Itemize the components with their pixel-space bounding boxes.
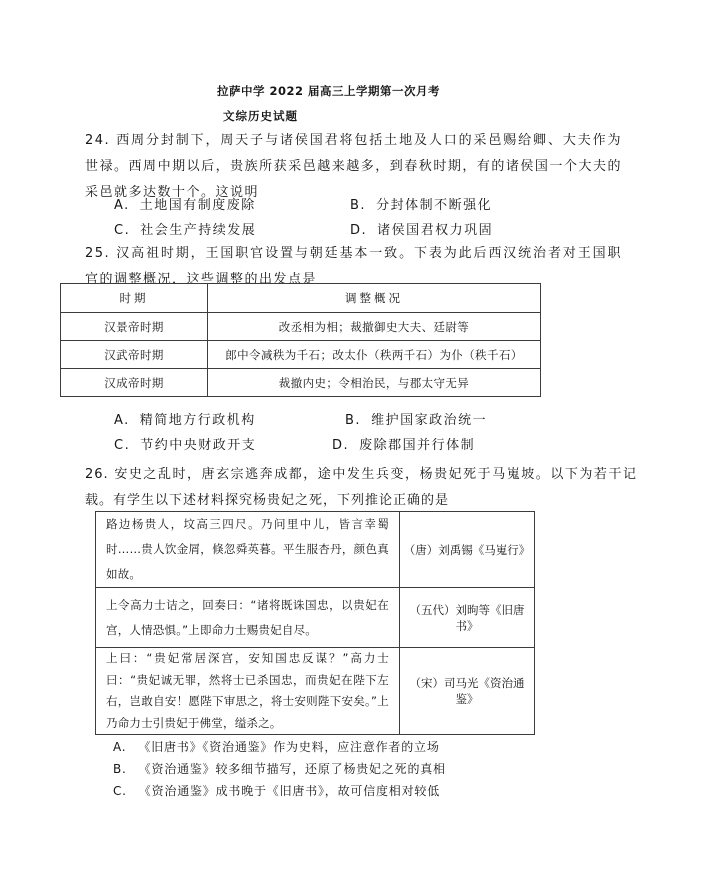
option-text: 精简地方行政机构: [140, 413, 256, 428]
question-25-option-b: B.维护国家政治统一: [345, 413, 487, 429]
yang-guifei-death-sources-table: 路边杨贵人，坟高三四尺。乃问里中儿，皆言幸蜀时……贵人饮金屑，倏忽舜英暮。平生服…: [95, 511, 535, 735]
question-25-option-d: D.废除郡国并行体制: [332, 438, 475, 454]
source-citation-cell: （唐）刘禹锡《马嵬行》: [400, 512, 535, 588]
question-26-option-b: B.《资治通鉴》较多细节描写，还原了杨贵妃之死的真相: [113, 761, 446, 777]
option-label: A.: [114, 413, 130, 428]
exam-document-page: 拉萨中学 2022 届高三上学期第一次月考 文综历史试题 24. 西周分封制下，…: [0, 0, 701, 877]
question-26-option-a: A.《旧唐书》《资治通鉴》作为史料，应注意作者的立场: [113, 739, 440, 755]
option-label: A.: [114, 198, 130, 213]
option-text: 社会生产持续发展: [140, 223, 256, 238]
adjustment-cell: 裁撤内史；令相治民，与郡太守无异: [208, 369, 541, 397]
option-label: C.: [113, 784, 127, 798]
option-label: B.: [345, 413, 361, 428]
question-25-option-c: C.节约中央财政开支: [114, 438, 256, 454]
question-24-option-a: A.土地国有制度废除: [114, 198, 256, 214]
question-26-option-c: C.《资治通鉴》成书晚于《旧唐书》，故可信度相对较低: [113, 783, 440, 799]
adjustment-cell: 郎中令减秩为千石；改太仆（秩两千石）为仆（秩千石）: [208, 341, 541, 369]
source-citation-cell: （五代）刘昫等《旧唐书》: [400, 588, 535, 648]
option-text: 分封体制不断强化: [376, 198, 492, 213]
exam-title: 拉萨中学 2022 届高三上学期第一次月考: [217, 83, 440, 99]
option-label: B.: [113, 762, 127, 776]
option-text: 诸侯国君权力巩固: [377, 223, 493, 238]
question-24-stem: 24. 西周分封制下，周天子与诸侯国君将包括土地及人口的采邑赐给卿、大夫作为世禄…: [85, 128, 622, 206]
source-excerpt-cell: 路边杨贵人，坟高三四尺。乃问里中儿，皆言幸蜀时……贵人饮金屑，倏忽舜英暮。平生服…: [96, 512, 400, 588]
option-text: 《旧唐书》《资治通鉴》作为史料，应注意作者的立场: [138, 740, 439, 754]
question-24-option-b: B.分封体制不断强化: [350, 198, 492, 214]
table-row: 汉武帝时期 郎中令减秩为千石；改太仆（秩两千石）为仆（秩千石）: [61, 341, 541, 369]
option-label: A.: [113, 740, 126, 754]
table-row: 上令高力士诘之，回奏曰：“诸将既诛国忠，以贵妃在宫，人情恐惧。”上即命力士赐贵妃…: [96, 588, 535, 648]
option-text: 废除郡国并行体制: [359, 438, 475, 453]
question-24-option-c: C.社会生产持续发展: [114, 223, 256, 239]
adjustment-cell: 改丞相为相；裁撤御史大夫、廷尉等: [208, 313, 541, 341]
option-label: C.: [114, 438, 130, 453]
option-text: 节约中央财政开支: [140, 438, 256, 453]
option-label: C.: [114, 223, 130, 238]
wangguo-officials-adjustment-table: 时期 调整概况 汉景帝时期 改丞相为相；裁撤御史大夫、廷尉等 汉武帝时期 郎中令…: [60, 283, 541, 397]
option-text: 维护国家政治统一: [371, 413, 487, 428]
option-label: D.: [350, 223, 367, 238]
question-26-stem: 26. 安史之乱时，唐玄宗逃奔成都，途中发生兵变，杨贵妃死于马嵬坡。以下为若干记…: [85, 462, 637, 514]
source-citation-cell: （宋）司马光《资治通鉴》: [400, 648, 535, 735]
question-25-option-a: A.精简地方行政机构: [114, 413, 256, 429]
question-24-option-d: D.诸侯国君权力巩固: [350, 223, 493, 239]
period-cell: 汉武帝时期: [61, 341, 208, 369]
table-row: 汉景帝时期 改丞相为相；裁撤御史大夫、廷尉等: [61, 313, 541, 341]
table-row: 上曰：“贵妃常居深宫，安知国忠反谋？”高力士曰：“贵妃诚无罪，然将士已杀国忠，而…: [96, 648, 535, 735]
option-text: 土地国有制度废除: [140, 198, 256, 213]
period-cell: 汉成帝时期: [61, 369, 208, 397]
option-label: B.: [350, 198, 366, 213]
source-excerpt-cell: 上令高力士诘之，回奏曰：“诸将既诛国忠，以贵妃在宫，人情恐惧。”上即命力士赐贵妃…: [96, 588, 400, 648]
table-header-period: 时期: [61, 284, 208, 313]
table-header-row: 时期 调整概况: [61, 284, 541, 313]
table-row: 汉成帝时期 裁撤内史；令相治民，与郡太守无异: [61, 369, 541, 397]
exam-subtitle: 文综历史试题: [223, 108, 298, 124]
table-row: 路边杨贵人，坟高三四尺。乃问里中儿，皆言幸蜀时……贵人饮金屑，倏忽舜英暮。平生服…: [96, 512, 535, 588]
option-label: D.: [332, 438, 349, 453]
option-text: 《资治通鉴》成书晚于《旧唐书》，故可信度相对较低: [139, 784, 440, 798]
source-excerpt-cell: 上曰：“贵妃常居深宫，安知国忠反谋？”高力士曰：“贵妃诚无罪，然将士已杀国忠，而…: [96, 648, 400, 735]
period-cell: 汉景帝时期: [61, 313, 208, 341]
option-text: 《资治通鉴》较多细节描写，还原了杨贵妃之死的真相: [139, 762, 446, 776]
table-header-adjustment: 调整概况: [208, 284, 541, 313]
